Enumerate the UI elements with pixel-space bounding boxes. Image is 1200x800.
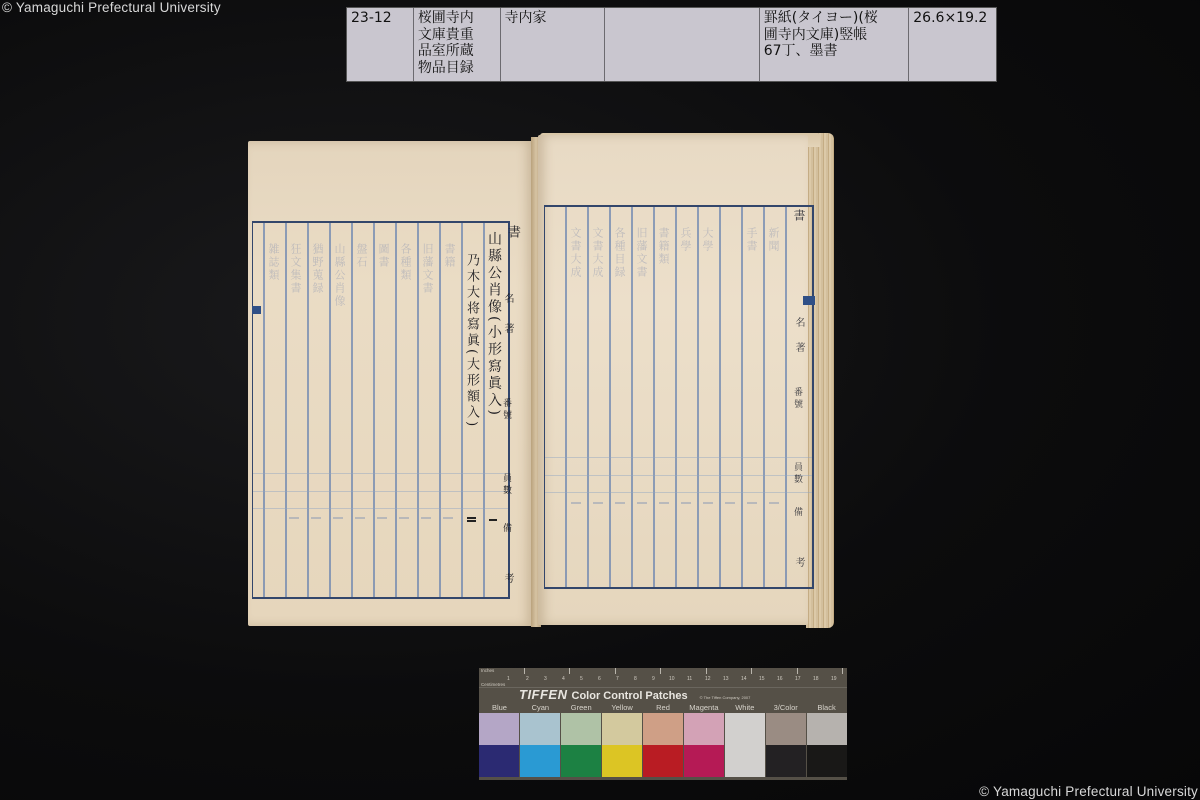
faint-entry: 旧藩文書 [419,243,435,295]
patch-dark-green [561,745,601,777]
catalog-size: 26.6×19.2 [909,8,996,81]
faint-entry: 各種類 [397,243,413,282]
catalog-blank-column [605,8,760,81]
patch-light-magenta [684,713,724,745]
catalog-description-line: 圃寺内文庫)竪帳 [764,27,905,44]
patch-light-white [725,713,765,777]
right-column-label-name: 名 [791,317,806,330]
footer-label-remarks-1: 備 [500,523,513,535]
catalog-description: 罫紙(タイヨー)(桜 圃寺内文庫)竪帳 67丁、墨書 [760,8,910,81]
patch-dark-blue [479,745,519,777]
patch-dark-black [807,745,847,777]
patch-label-white: White [724,703,765,712]
color-patch-grid [479,713,847,777]
patch-light-blue [479,713,519,745]
patch-label-magenta: Magenta [683,703,724,712]
faint-entry: 雑誌類 [265,243,281,282]
left-page: 雑誌類 狂文集書 猶野蒐録 山縣公肖像 盤石 圖書 各種類 旧藩文書 書籍 山縣… [248,141,533,626]
chart-copyright: © The Tiffen Company, 2007 [700,695,751,700]
faint-entry: 山縣公肖像 [331,243,347,308]
patch-labels: Blue Cyan Green Yellow Red Magenta White… [479,703,847,712]
tiffen-logo: TIFFEN [519,687,568,702]
measurement-ruler: Inches Centimetres 1 2 3 4 5 6 7 8 9 10 … [479,668,847,688]
patch-light-cyan [520,713,560,745]
patch-dark-yellow [602,745,642,777]
right-column-label-author: 著 [791,342,806,355]
catalog-title-line: 桜圃寺内 [418,10,496,27]
copyright-watermark-bottom: © Yamaguchi Prefectural University [979,784,1198,799]
column-label-name: 名 [500,293,515,313]
ledger-entry-2: 乃木大将寫眞(大形額入) [462,253,481,429]
patch-label-black: Black [806,703,847,712]
catalog-title-line: 文庫貴重 [418,27,496,44]
footer-label-remarks-2: 考 [500,573,515,586]
right-ruled-grid: 文書大成 文書大成 各種目録 旧藩文書 書籍類 兵學 大學 手書 新聞 書 名 … [544,205,814,589]
ruler-inches-label: Inches [481,668,494,673]
faint-entry: 猶野蒐録 [309,243,325,295]
chart-title: Color Control Patches [572,690,688,702]
patch-dark-3color [766,745,806,777]
patch-label-3color: 3/Color [765,703,806,712]
catalog-label-table: 23-12 桜圃寺内 文庫貴重 品室所蔵 物品目録 寺内家 罫紙(タイヨー)(桜… [346,7,997,82]
patch-light-green [561,713,601,745]
footer-label-number: 番號 [500,398,513,422]
right-footer-label-remarks-1: 備 [791,507,804,519]
tiffen-color-chart: Inches Centimetres 1 2 3 4 5 6 7 8 9 10 … [479,668,847,780]
patch-light-yellow [602,713,642,745]
patch-label-blue: Blue [479,703,520,712]
footer-label-count: 員數 [500,473,513,497]
right-footer-label-number: 番號 [791,387,804,411]
right-footer-label-remarks-2: 考 [791,557,806,570]
catalog-title-line: 品室所蔵 [418,43,496,60]
patch-light-black [807,713,847,745]
tiffen-brand-row: TIFFEN Color Control Patches © The Tiffe… [519,687,750,702]
column-label-author: 著 [500,323,515,336]
faint-entry: 狂文集書 [287,243,303,295]
faint-entry: 圖書 [375,243,391,269]
right-footer-label-count: 員數 [791,462,804,486]
ruler-cm-label: Centimetres [481,682,505,687]
copyright-watermark-top: © Yamaguchi Prefectural University [2,0,221,15]
left-page-header: 書 [503,225,522,241]
patch-dark-cyan [520,745,560,777]
catalog-owner: 寺内家 [501,8,606,81]
patch-light-red [643,713,683,745]
patch-label-red: Red [643,703,684,712]
patch-dark-red [643,745,683,777]
blue-tab-marker-left [252,306,261,314]
catalog-id: 23-12 [347,8,414,81]
blue-tab-marker-right [803,296,815,305]
right-page-header: 書 [791,209,808,224]
catalog-description-line: 67丁、墨書 [764,43,905,60]
catalog-title-line: 物品目録 [418,60,496,77]
left-ruled-grid: 雑誌類 狂文集書 猶野蒐録 山縣公肖像 盤石 圖書 各種類 旧藩文書 書籍 山縣… [252,221,510,599]
patch-label-yellow: Yellow [602,703,643,712]
patch-label-cyan: Cyan [520,703,561,712]
patch-dark-magenta [684,745,724,777]
catalog-description-line: 罫紙(タイヨー)(桜 [764,10,905,27]
catalog-title: 桜圃寺内 文庫貴重 品室所蔵 物品目録 [414,8,501,81]
faint-entry: 盤石 [353,243,369,269]
open-ledger-book: 雑誌類 狂文集書 猶野蒐録 山縣公肖像 盤石 圖書 各種類 旧藩文書 書籍 山縣… [248,133,833,628]
patch-label-green: Green [561,703,602,712]
faint-entry: 書籍 [441,243,457,269]
patch-light-3color [766,713,806,745]
